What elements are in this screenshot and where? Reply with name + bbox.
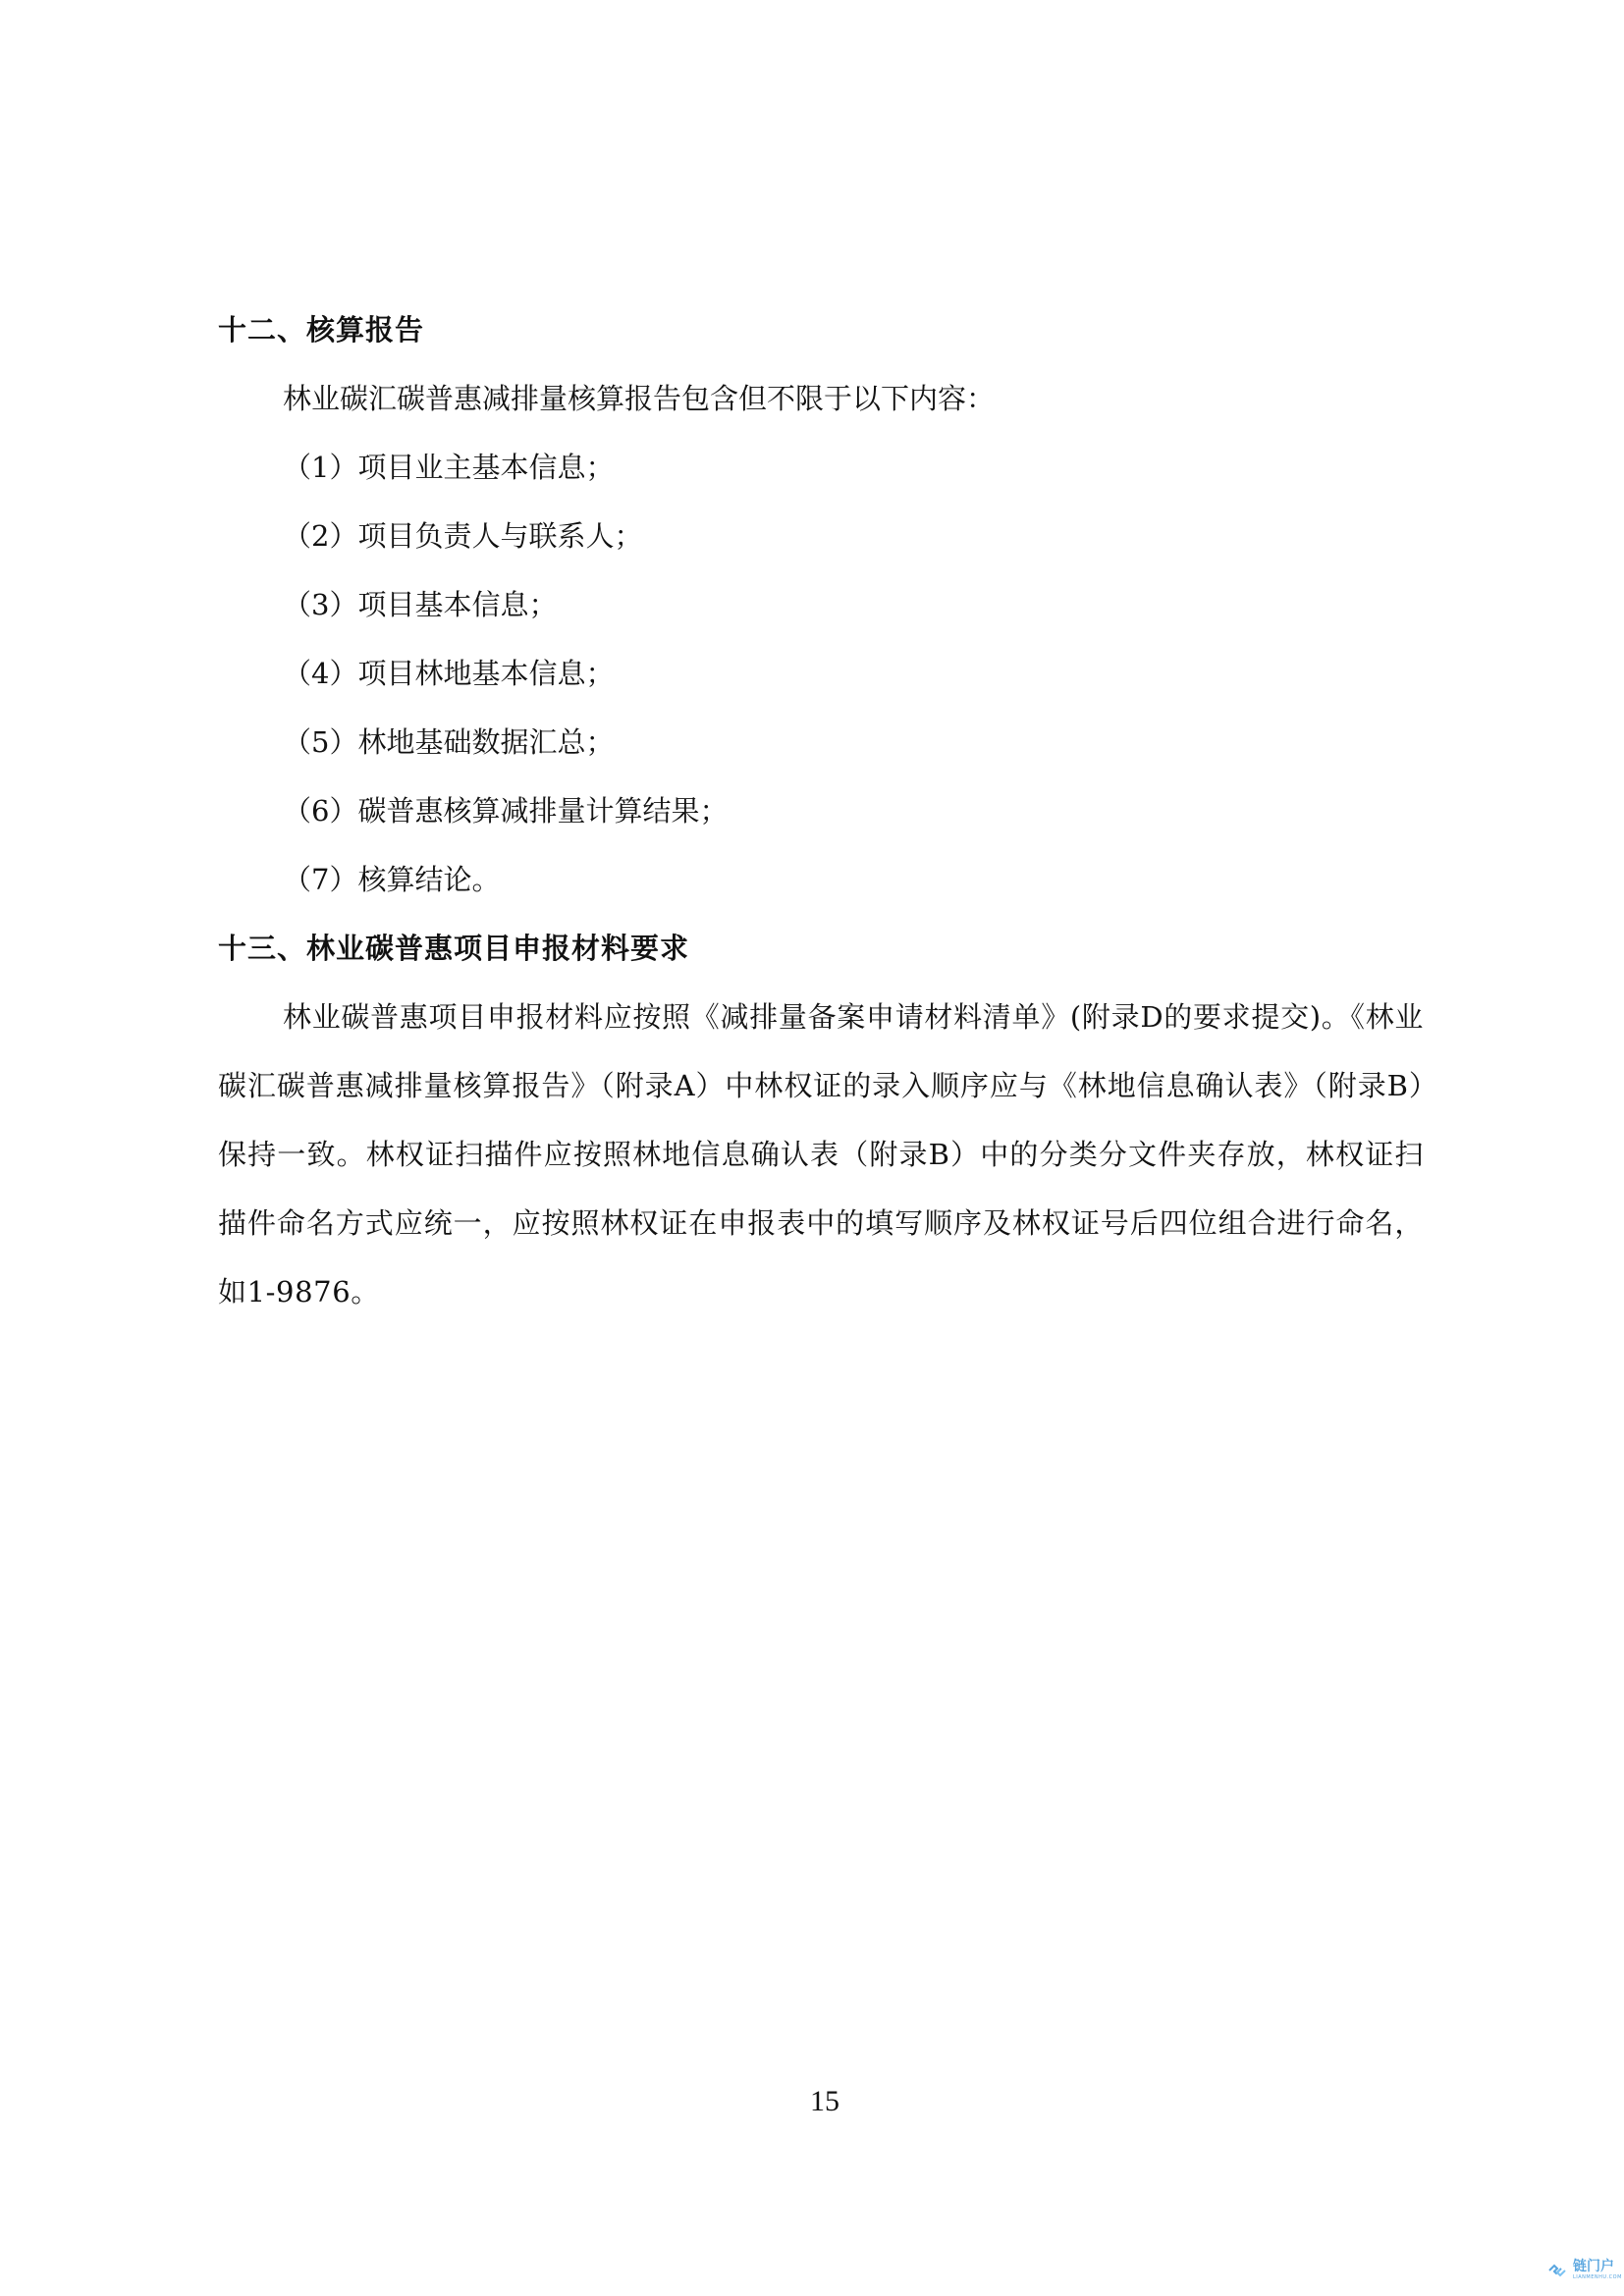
list-item: （6）碳普惠核算减排量计算结果；	[218, 776, 1424, 845]
list-item: （7）核算结论。	[218, 845, 1424, 914]
section-heading-13: 十三、林业碳普惠项目申报材料要求	[218, 914, 1424, 983]
list-item: （3）项目基本信息；	[218, 570, 1424, 639]
section-intro: 林业碳汇碳普惠减排量核算报告包含但不限于以下内容：	[218, 364, 1424, 433]
list-item: （2）项目负责人与联系人；	[218, 502, 1424, 570]
page-content: 十二、核算报告 林业碳汇碳普惠减排量核算报告包含但不限于以下内容： （1）项目业…	[218, 295, 1424, 1326]
list-item: （1）项目业主基本信息；	[218, 433, 1424, 502]
watermark: 链门户 LIANMENHU.COM	[1547, 2260, 1622, 2280]
section-heading-12: 十二、核算报告	[218, 295, 1424, 364]
watermark-logo-icon	[1547, 2263, 1567, 2278]
page-number: 15	[0, 2085, 1624, 2118]
section-paragraph: 林业碳普惠项目申报材料应按照《减排量备案申请材料清单》(附录D的要求提交)。《林…	[218, 983, 1424, 1326]
list-item: （4）项目林地基本信息；	[218, 639, 1424, 708]
watermark-sub: LIANMENHU.COM	[1573, 2275, 1622, 2280]
watermark-name: 链门户	[1573, 2260, 1622, 2273]
document-page: 十二、核算报告 林业碳汇碳普惠减排量核算报告包含但不限于以下内容： （1）项目业…	[0, 0, 1624, 2296]
list-item: （5）林地基础数据汇总；	[218, 708, 1424, 776]
